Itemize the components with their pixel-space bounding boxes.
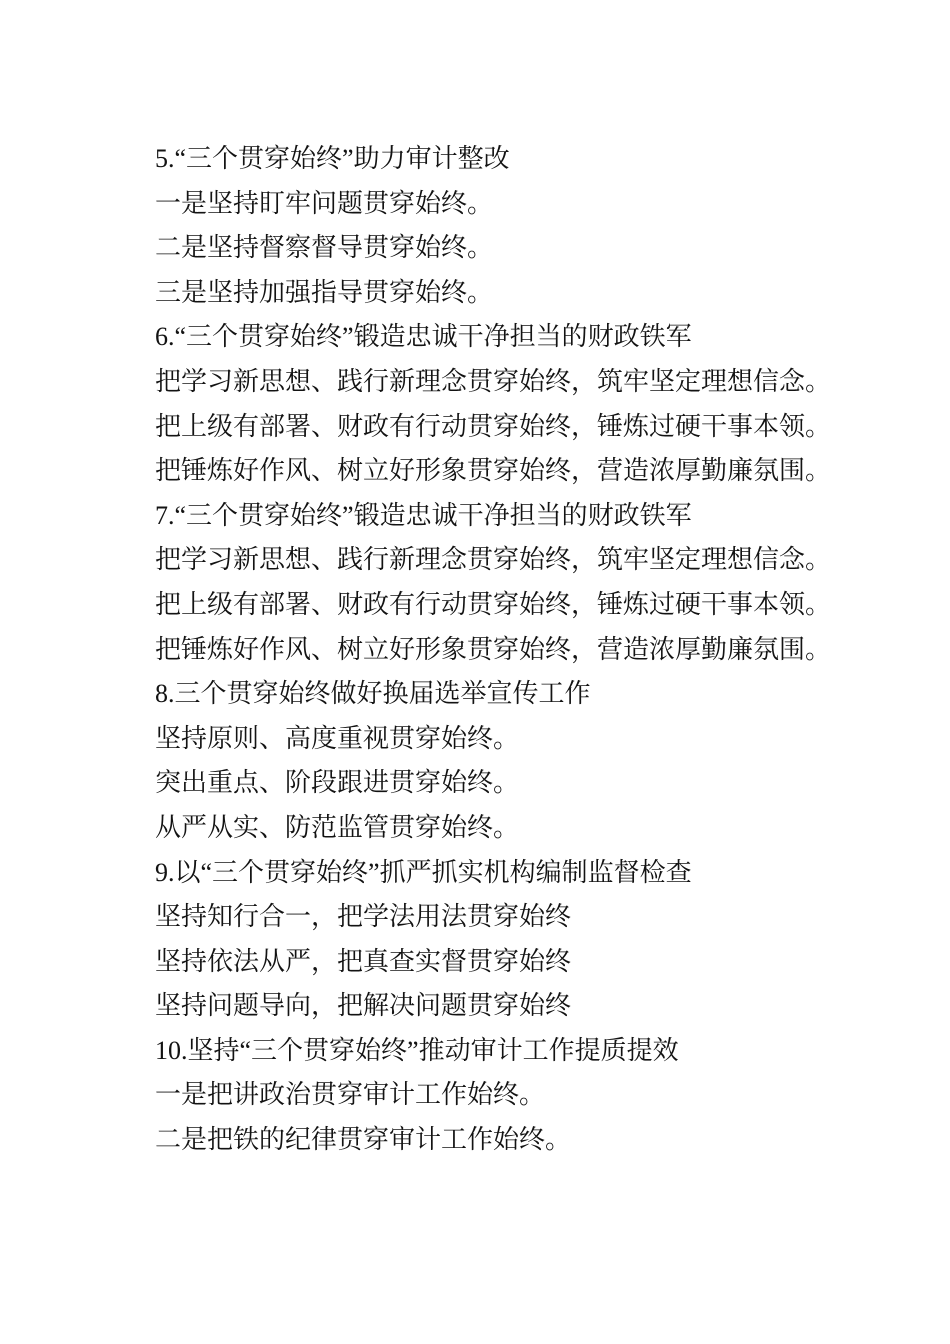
section-heading: 10.坚持“三个贯穿始终”推动审计工作提质提效: [155, 1029, 855, 1074]
paragraph-line: 坚持原则、高度重视贯穿始终。: [155, 717, 855, 762]
section-heading: 5.“三个贯穿始终”助力审计整改: [155, 137, 855, 182]
paragraph-line: 坚持问题导向，把解决问题贯穿始终: [155, 984, 855, 1029]
section-heading: 6.“三个贯穿始终”锻造忠诚干净担当的财政铁军: [155, 315, 855, 360]
section-heading: 9.以“三个贯穿始终”抓严抓实机构编制监督检查: [155, 851, 855, 896]
paragraph-line: 一是把讲政治贯穿审计工作始终。: [155, 1073, 855, 1118]
paragraph-line: 把锤炼好作风、树立好形象贯穿始终，营造浓厚勤廉氛围。: [155, 449, 855, 494]
paragraph-line: 把上级有部署、财政有行动贯穿始终，锤炼过硬干事本领。: [155, 405, 855, 450]
paragraph-line: 一是坚持盯牢问题贯穿始终。: [155, 182, 855, 227]
paragraph-line: 二是把铁的纪律贯穿审计工作始终。: [155, 1118, 855, 1163]
paragraph-line: 坚持知行合一，把学法用法贯穿始终: [155, 895, 855, 940]
paragraph-line: 从严从实、防范监管贯穿始终。: [155, 806, 855, 851]
document-page: 5.“三个贯穿始终”助力审计整改一是坚持盯牢问题贯穿始终。二是坚持督察督导贯穿始…: [0, 0, 950, 1344]
paragraph-line: 把学习新思想、践行新理念贯穿始终，筑牢坚定理想信念。: [155, 538, 855, 583]
paragraph-line: 把上级有部署、财政有行动贯穿始终，锤炼过硬干事本领。: [155, 583, 855, 628]
paragraph-line: 把锤炼好作风、树立好形象贯穿始终，营造浓厚勤廉氛围。: [155, 628, 855, 673]
paragraph-line: 坚持依法从严，把真查实督贯穿始终: [155, 940, 855, 985]
paragraph-line: 二是坚持督察督导贯穿始终。: [155, 226, 855, 271]
paragraph-line: 突出重点、阶段跟进贯穿始终。: [155, 761, 855, 806]
section-heading: 8.三个贯穿始终做好换届选举宣传工作: [155, 672, 855, 717]
paragraph-line: 三是坚持加强指导贯穿始终。: [155, 271, 855, 316]
document-body: 5.“三个贯穿始终”助力审计整改一是坚持盯牢问题贯穿始终。二是坚持督察督导贯穿始…: [155, 137, 855, 1163]
paragraph-line: 把学习新思想、践行新理念贯穿始终，筑牢坚定理想信念。: [155, 360, 855, 405]
section-heading: 7.“三个贯穿始终”锻造忠诚干净担当的财政铁军: [155, 494, 855, 539]
